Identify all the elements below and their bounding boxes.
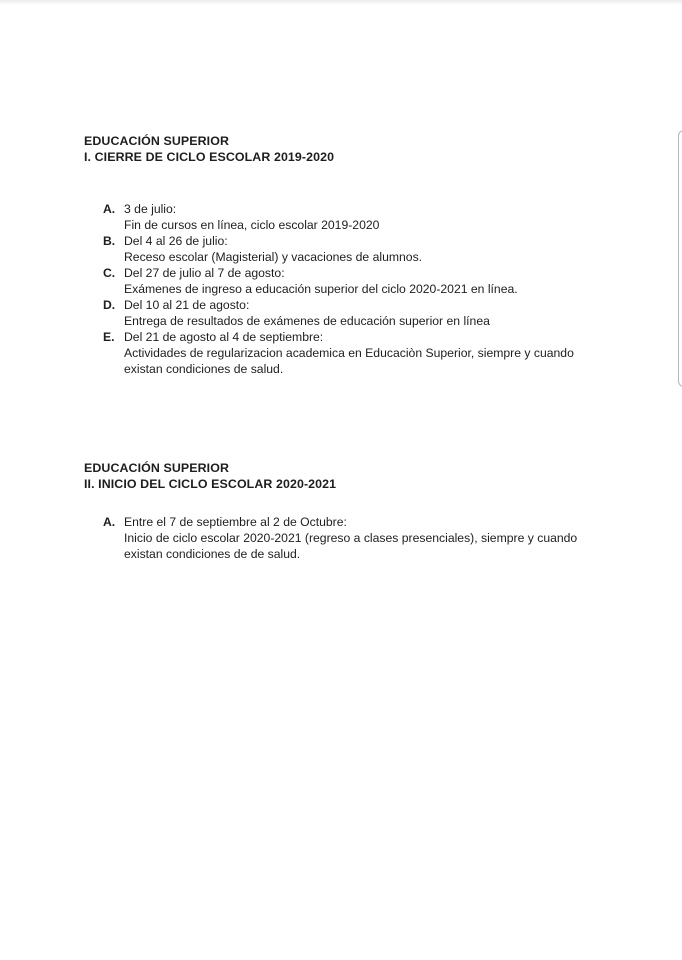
section-inicio-ciclo: EDUCACIÓN SUPERIOR II. INICIO DEL CICLO …	[84, 460, 336, 492]
item-description: Exámenes de ingreso a educación superior…	[103, 281, 574, 297]
item-letter: D.	[103, 297, 115, 313]
item-date: 3 de julio:	[103, 201, 574, 217]
item-description: Receso escolar (Magisterial) y vacacione…	[103, 249, 574, 265]
section-cierre-ciclo: EDUCACIÓN SUPERIOR I. CIERRE DE CICLO ES…	[84, 133, 334, 165]
page-top-shadow	[0, 0, 682, 5]
section-heading: EDUCACIÓN SUPERIOR	[84, 133, 334, 149]
item-description: Entrega de resultados de exámenes de edu…	[103, 313, 574, 329]
section-heading: EDUCACIÓN SUPERIOR	[84, 460, 336, 476]
item-letter: A.	[103, 514, 115, 530]
item-description-continued: existan condiciones de de salud.	[103, 546, 577, 562]
item-date: Del 21 de agosto al 4 de septiembre:	[103, 329, 574, 345]
item-letter: A.	[103, 201, 115, 217]
item-letter: B.	[103, 233, 115, 249]
list-item: E. Del 21 de agosto al 4 de septiembre: …	[103, 329, 574, 377]
item-date: Del 27 de julio al 7 de agosto:	[103, 265, 574, 281]
list-item: B. Del 4 al 26 de julio: Receso escolar …	[103, 233, 574, 265]
item-letter: E.	[103, 329, 115, 345]
list-item: A. 3 de julio: Fin de cursos en línea, c…	[103, 201, 574, 233]
list-item: C. Del 27 de julio al 7 de agosto: Exáme…	[103, 265, 574, 297]
list-item: A. Entre el 7 de septiembre al 2 de Octu…	[103, 514, 577, 562]
section-subheading: I. CIERRE DE CICLO ESCOLAR 2019-2020	[84, 149, 334, 165]
item-description: Inicio de ciclo escolar 2020-2021 (regre…	[103, 530, 577, 546]
list-item: D. Del 10 al 21 de agosto: Entrega de re…	[103, 297, 574, 329]
item-description: Actividades de regularizacion academica …	[103, 345, 574, 361]
item-date: Del 4 al 26 de julio:	[103, 233, 574, 249]
item-description-continued: existan condiciones de salud.	[103, 361, 574, 377]
item-letter: C.	[103, 265, 115, 281]
cierre-ciclo-list: A. 3 de julio: Fin de cursos en línea, c…	[103, 201, 574, 377]
item-date: Del 10 al 21 de agosto:	[103, 297, 574, 313]
section-subheading: II. INICIO DEL CICLO ESCOLAR 2020-2021	[84, 476, 336, 492]
inicio-ciclo-list: A. Entre el 7 de septiembre al 2 de Octu…	[103, 514, 577, 562]
item-description: Fin de cursos en línea, ciclo escolar 20…	[103, 217, 574, 233]
item-date: Entre el 7 de septiembre al 2 de Octubre…	[103, 514, 577, 530]
scroll-edge-bracket	[678, 130, 682, 387]
